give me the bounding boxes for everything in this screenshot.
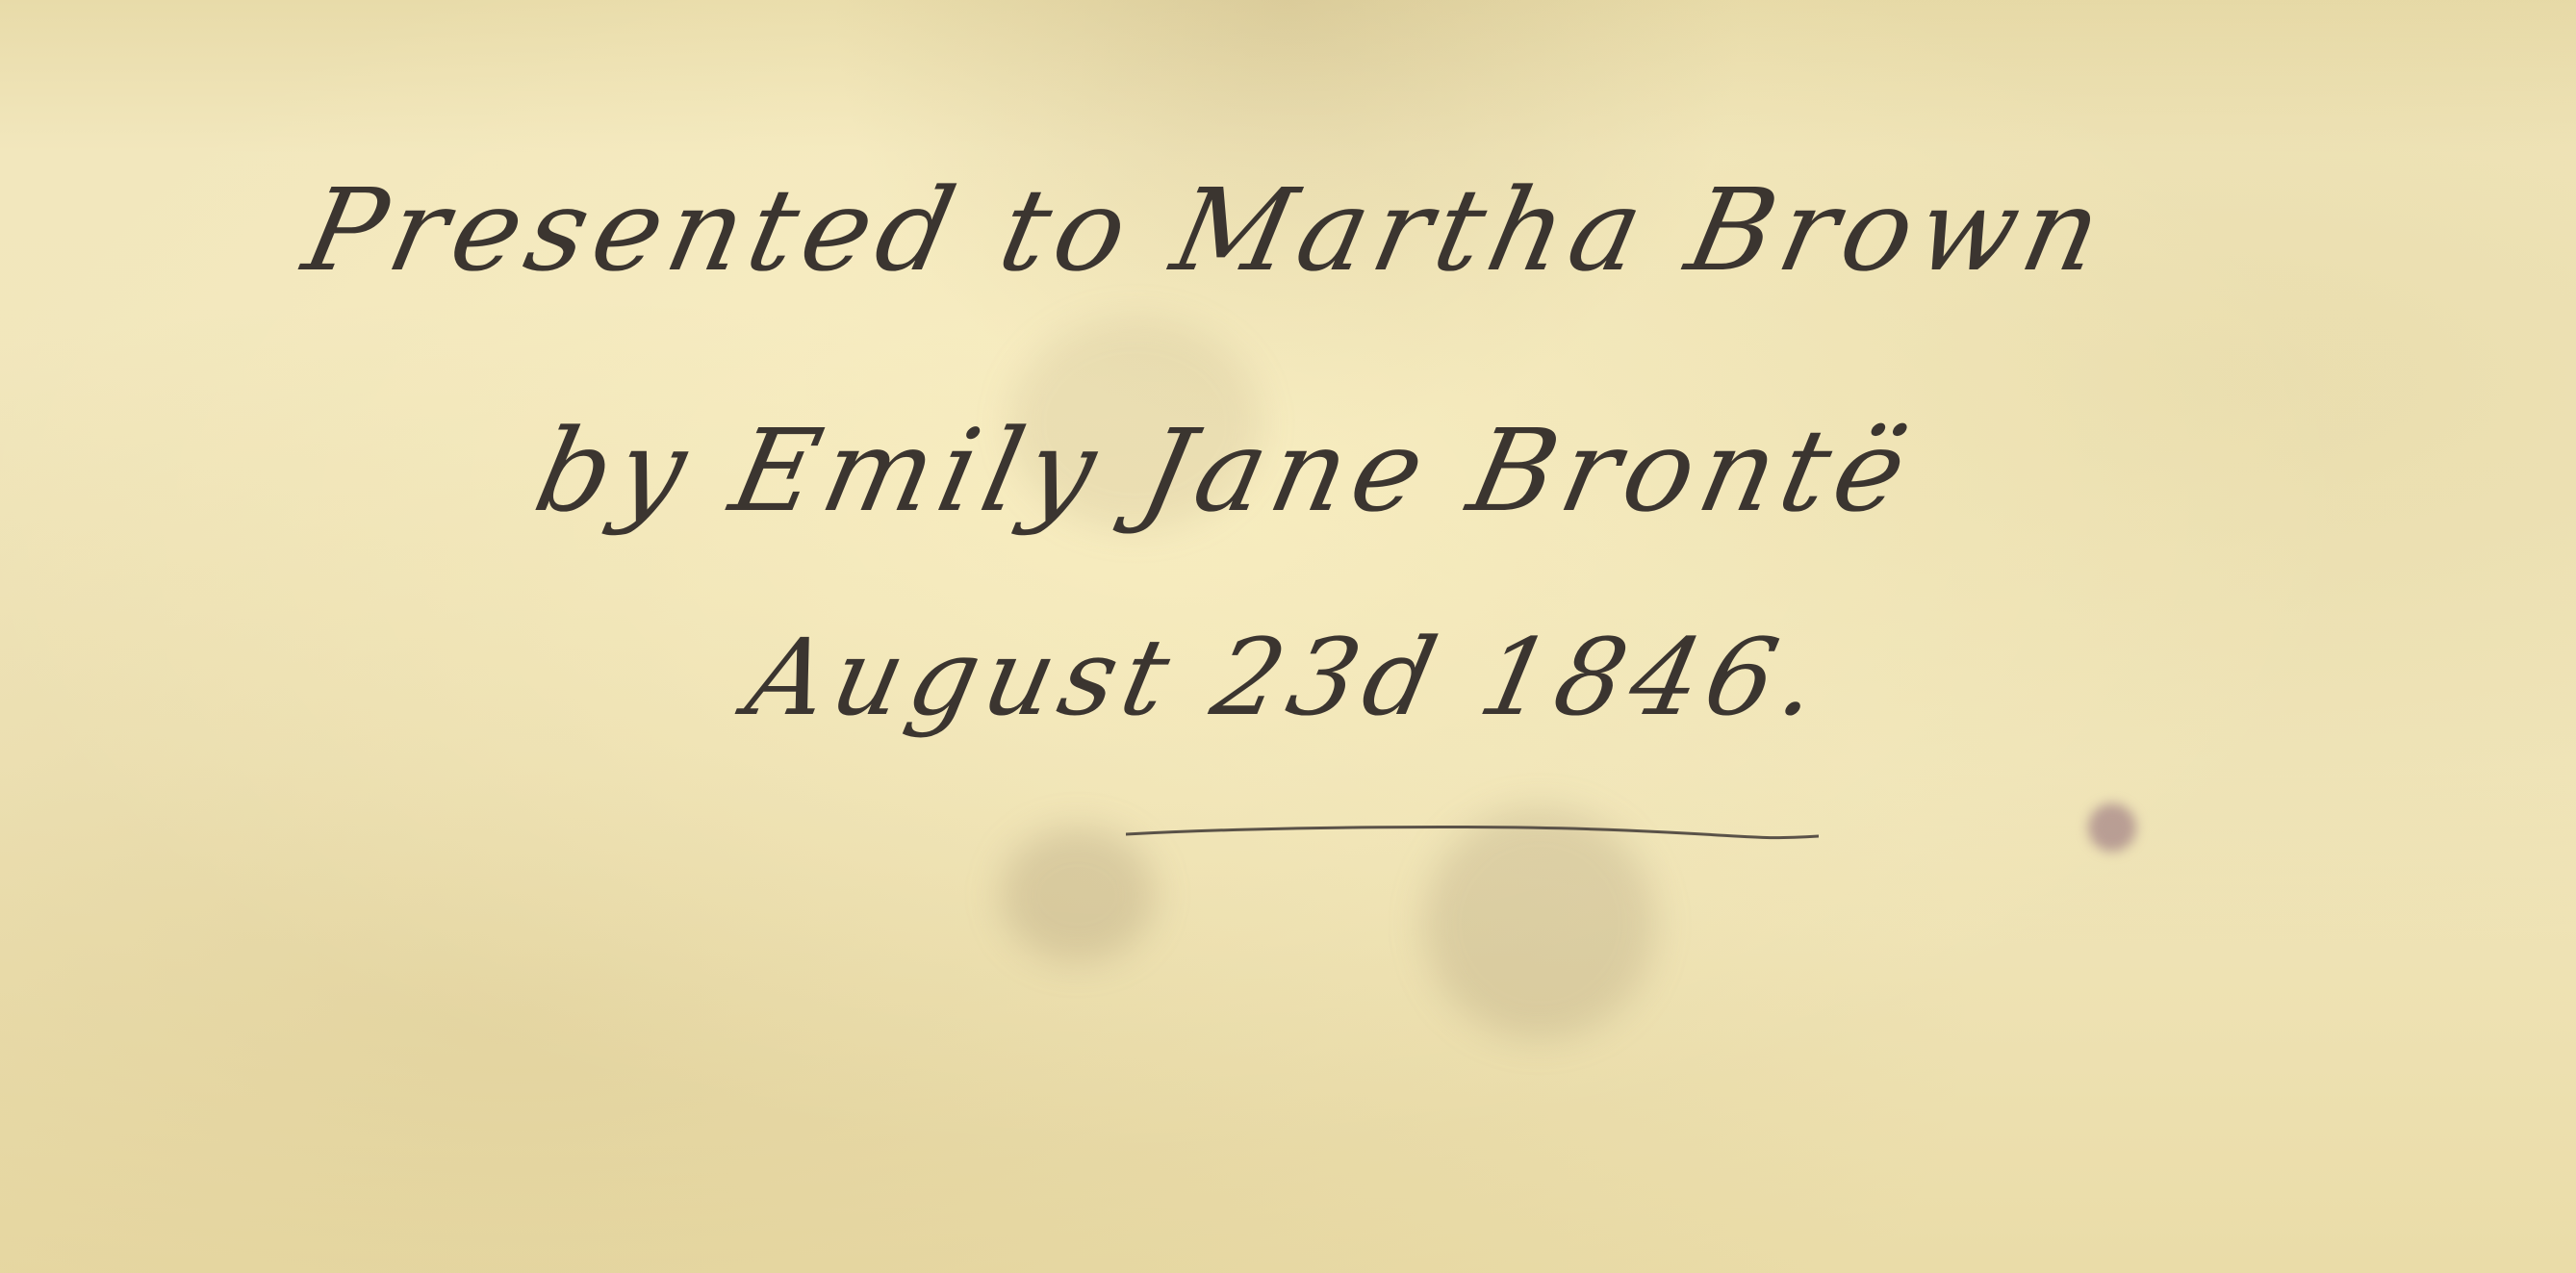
underline-flourish (1126, 823, 1819, 844)
aged-paper-page: Presented to Martha Brown by Emily Jane … (0, 0, 2576, 1273)
inscription-line-date: August 23d 1846. (737, 616, 1837, 739)
ink-spot (2088, 803, 2136, 852)
inscription-line-author: by Emily Jane Brontë (524, 404, 1925, 537)
inscription-line-presented-to: Presented to Martha Brown (293, 164, 2120, 296)
paper-stain (1001, 827, 1155, 962)
